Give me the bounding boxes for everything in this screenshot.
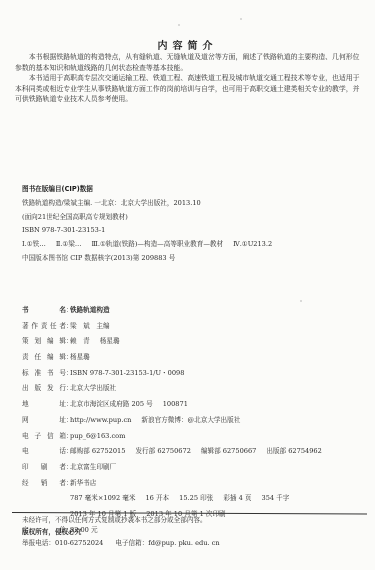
synopsis-paragraph: 本书根据铁路轨道的构造特点，从有缝轨道、无缝轨道及道岔等方面，阐述了铁路轨道的主… <box>15 52 363 73</box>
cip-class-item: Ⅰ.①铁… <box>22 238 46 252</box>
label-char: 刷 <box>41 460 48 476</box>
label-char: 网 <box>22 413 29 429</box>
label-char: 准 <box>34 366 41 382</box>
cip-line: (面向21世纪全国高职高专规划教材) <box>22 211 362 225</box>
label-char: 名 <box>59 303 66 319</box>
cip-class-item: Ⅳ.①U213.2 <box>233 238 272 252</box>
label-char: 作 <box>31 319 38 335</box>
synopsis-paragraph: 本书适用于高职高专层次交通运输工程、铁道工程、高速铁道工程及城市轨道交通工程技术… <box>15 73 363 105</box>
label-char: 者 <box>59 319 66 335</box>
publication-row-label: 印刷者 <box>22 460 66 476</box>
publication-row: 策划编辑：赖 青杨星璐 <box>22 334 367 350</box>
publication-row-value: http://www.pup.cn新浪官方微博：@北京大学出版社 <box>70 413 240 429</box>
cip-class-item: Ⅱ.①梁… <box>56 238 82 252</box>
label-char: 号 <box>59 366 66 382</box>
value-part: 邮购部 62752015 <box>70 444 125 460</box>
value-part: 杨星璐 <box>70 350 90 366</box>
publication-row-value: 邮购部 62752015发行部 62750672编辑部 62750667出版部 … <box>70 444 322 460</box>
publication-row: 地址：北京市海淀区成府路 205 号100871 <box>22 397 367 413</box>
value-part: 北京市海淀区成府路 205 号 <box>70 397 153 413</box>
label-char: 书 <box>47 366 54 382</box>
value-part: 出版部 62754962 <box>266 444 321 460</box>
label-char: 行 <box>59 381 66 397</box>
cip-class-item: Ⅲ.①轨道(铁路)—构造—高等职业教育—教材 <box>92 238 224 252</box>
report-contact: 举报电话：010-62752024 电子信箱：fd@pup. pku. edu.… <box>22 538 367 550</box>
publication-row: 网址：http://www.pup.cn新浪官方微博：@北京大学出版社 <box>22 413 367 429</box>
spec-item: 16 开本 <box>145 491 169 507</box>
value-part: 铁路轨道构造 <box>70 303 110 319</box>
publication-row-label: 书名 <box>22 303 66 319</box>
publication-row-label: 著作责任者 <box>22 319 66 335</box>
publication-row-value: 新华书店 <box>70 476 96 492</box>
label-char: 辑 <box>59 334 66 350</box>
label-char: 任 <box>34 350 41 366</box>
value-part: 新浪官方微博：@北京大学出版社 <box>141 413 240 429</box>
label-char: 版 <box>34 381 41 397</box>
label-char: 址 <box>59 413 66 429</box>
label-char: 划 <box>34 334 41 350</box>
label-char: 地 <box>22 397 29 413</box>
label-char: 责 <box>22 350 29 366</box>
label-char: 发 <box>47 381 54 397</box>
label-char: 编 <box>47 350 54 366</box>
label-char: 电 <box>22 429 29 445</box>
publication-row-label: 网址 <box>22 413 66 429</box>
copyright-notice: 未经许可，不得以任何方式复制或抄袭本书之部分或全部内容。 版权所有，侵权必究 举… <box>22 515 367 550</box>
publication-row: 出版发行：北京大学出版社 <box>22 381 367 397</box>
publication-row-value: 赖 青杨星璐 <box>70 334 120 350</box>
publication-row-label: 经销者 <box>22 476 66 492</box>
value-part: http://www.pup.cn <box>70 413 131 429</box>
cip-data-block: 铁路轨道构造/梁斌主编. 一北京：北京大学出版社，2013.10 (面向21世纪… <box>22 197 362 266</box>
publication-row: 电子信箱：pup_6@163.com <box>22 429 367 445</box>
label-char: 著 <box>22 319 29 335</box>
label-char: 者 <box>59 476 66 492</box>
publication-row: 著作责任者：梁 斌 主编 <box>22 319 367 335</box>
spec-item: 15.25 印张 <box>179 491 213 507</box>
value-part: ISBN 978-7-301-23153-1/U・0098 <box>70 366 184 382</box>
copyright-page: 内容简介 本书根据铁路轨道的构造特点，从有缝轨道、无缝轨道及道岔等方面，阐述了铁… <box>0 0 375 570</box>
cip-heading: 图书在版编目(CIP)数据 <box>22 183 93 193</box>
publication-row-value: 杨星璐 <box>70 350 90 366</box>
publication-row-label: 电话 <box>22 444 66 460</box>
spec-item: 彩插 4 页 <box>223 491 251 507</box>
value-part: 梁 斌 主编 <box>70 319 110 335</box>
publication-row-value: 铁路轨道构造 <box>70 303 110 319</box>
publication-row-value: 北京富生印刷厂 <box>70 460 116 476</box>
publication-row-value: 北京市海淀区成府路 205 号100871 <box>70 397 188 413</box>
value-part: 北京富生印刷厂 <box>70 460 116 476</box>
report-phone: 举报电话：010-62752024 <box>22 538 103 550</box>
publication-row: 电话：邮购部 62752015发行部 62750672编辑部 62750667出… <box>22 444 367 460</box>
value-part: 杨星璐 <box>100 334 120 350</box>
label-char: 话 <box>59 444 66 460</box>
publication-info: 书名：铁路轨道构造著作责任者：梁 斌 主编策划编辑：赖 青杨星璐责任编辑：杨星璐… <box>22 303 367 538</box>
synopsis-body: 本书根据铁路轨道的构造特点，从有缝轨道、无缝轨道及道岔等方面，阐述了铁路轨道的主… <box>15 52 363 105</box>
label-char: 出 <box>22 381 29 397</box>
publication-row-label: 地址 <box>22 397 66 413</box>
cip-line: ISBN 978-7-301-23153-1 <box>22 224 362 238</box>
publication-row: 标准书号：ISBN 978-7-301-23153-1/U・0098 <box>22 366 367 382</box>
cip-library-record: 中国版本图书馆 CIP 数据核字(2013)第 209883 号 <box>22 252 362 266</box>
label-char: 电 <box>22 444 29 460</box>
scan-speck <box>300 300 302 302</box>
synopsis-title: 内容简介 <box>0 37 375 52</box>
label-char: 印 <box>22 460 29 476</box>
publication-row-label: 标准书号 <box>22 366 66 382</box>
publication-row-label: 责任编辑 <box>22 350 66 366</box>
value-part: 编辑部 62750667 <box>201 444 256 460</box>
label-char: 策 <box>22 334 29 350</box>
value-part: pup_6@163.com <box>70 429 125 445</box>
label-char: 经 <box>22 476 29 492</box>
cip-classification: Ⅰ.①铁… Ⅱ.①梁… Ⅲ.①轨道(铁路)—构造—高等职业教育—教材 Ⅳ.①U2… <box>22 238 362 252</box>
publication-row: 经销者：新华书店 <box>22 476 367 492</box>
label-char: 书 <box>22 303 29 319</box>
value-part: 发行部 62750672 <box>135 444 190 460</box>
label-char: 址 <box>59 397 66 413</box>
publication-row-value: pup_6@163.com <box>70 429 125 445</box>
report-email: 电子信箱：fd@pup. pku. edu. cn <box>115 538 219 550</box>
spec-item: 354 千字 <box>262 491 290 507</box>
label-char: 标 <box>22 366 29 382</box>
publication-row: 印刷者：北京富生印刷厂 <box>22 460 367 476</box>
label-char: 编 <box>47 334 54 350</box>
label-char: 者 <box>59 460 66 476</box>
publication-row: 责任编辑：杨星璐 <box>22 350 367 366</box>
publication-row-label: 策划编辑 <box>22 334 66 350</box>
spec-item: 787 毫米×1092 毫米 <box>70 491 135 507</box>
label-char: 责 <box>41 319 48 335</box>
publication-row-label: 电子信箱 <box>22 429 66 445</box>
value-part: 新华书店 <box>70 476 96 492</box>
publication-row-value: 梁 斌 主编 <box>70 319 110 335</box>
scan-speck <box>240 18 242 20</box>
label-char: 信 <box>47 429 54 445</box>
value-part: 北京大学出版社 <box>70 381 116 397</box>
rights-reserved: 版权所有，侵权必究 <box>22 527 367 539</box>
cip-line: 铁路轨道构造/梁斌主编. 一北京：北京大学出版社，2013.10 <box>22 197 362 211</box>
label-char: 箱 <box>59 429 66 445</box>
publication-row-label: 出版发行 <box>22 381 66 397</box>
scan-speck <box>178 24 180 26</box>
label-char: 辑 <box>59 350 66 366</box>
value-part: 赖 青 <box>70 334 90 350</box>
label-char: 销 <box>41 476 48 492</box>
copyright-restriction: 未经许可，不得以任何方式复制或抄袭本书之部分或全部内容。 <box>22 515 367 527</box>
label-char: 子 <box>34 429 41 445</box>
publication-row-value: ISBN 978-7-301-23153-1/U・0098 <box>70 366 184 382</box>
value-part: 100871 <box>163 397 188 413</box>
format-specs: 787 毫米×1092 毫米16 开本15.25 印张彩插 4 页354 千字 <box>22 491 367 507</box>
label-char: 任 <box>50 319 57 335</box>
publication-row-value: 北京大学出版社 <box>70 381 116 397</box>
publication-row: 书名：铁路轨道构造 <box>22 303 367 319</box>
